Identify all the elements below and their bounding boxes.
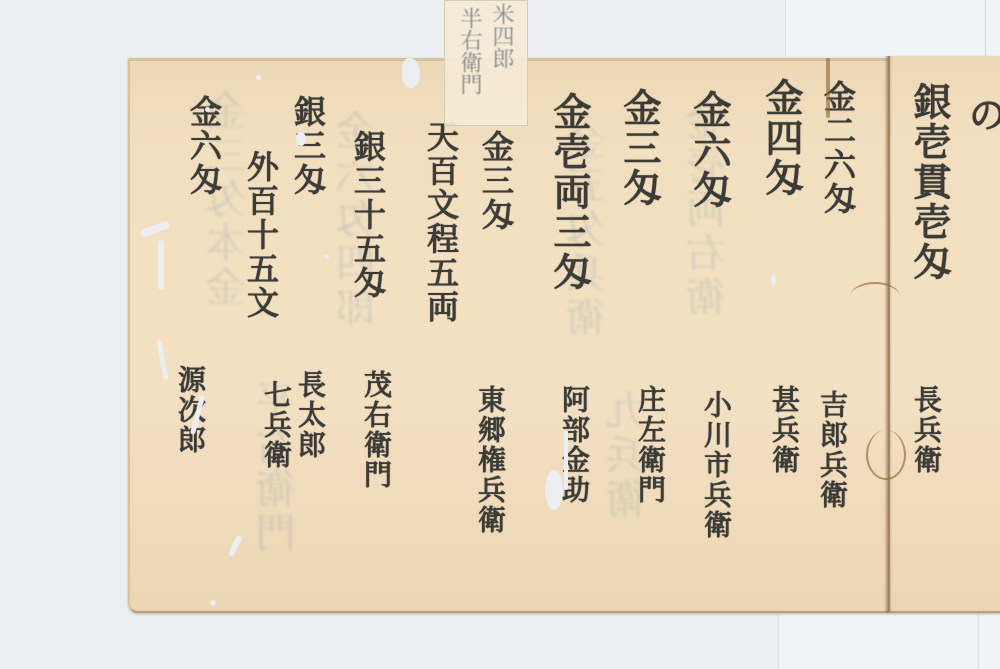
ledger-entry-amount: の [965,95,1000,135]
ledger-entry-amount: 金三匁 [620,88,658,208]
ledger-entry-amount: 金三匁 [480,130,512,232]
ledger-entry-name: 長兵衛 [912,385,940,475]
binding-stain [826,58,830,118]
binding-stain [850,282,900,312]
ledger-entry-name: 庄左衛門 [636,385,664,505]
background-sheet-bottom [778,614,978,669]
wormhole-trail [158,240,164,290]
ledger-entry-name: 小川市兵衛 [702,390,730,540]
ledger-entry-name: 東郷権兵衛 [476,385,504,535]
ledger-entry-name: 七兵衛 [262,380,290,470]
ledger-entry-name: 長太郎 [296,370,324,460]
wormhole [256,75,261,80]
ledger-entry-amount: 銀三匁 [292,95,324,197]
background-sheet-bottom-edge [978,614,1000,669]
ledger-entry-amount: 外百十五文 [245,150,277,320]
tape-label: 米四郎 半右衛門 [444,0,528,126]
ledger-entry-name: 吉郎兵衛 [818,390,846,510]
tape-label-line: 米四郎 [486,3,517,69]
ledger-entry-amount: 金六匁 [188,95,220,197]
ledger-entry-amount: 天百文程五両 [425,120,457,324]
wormhole [325,255,329,259]
ledger-entry-name: 甚兵衛 [770,385,798,475]
wormhole [296,132,306,146]
wormhole-trail [564,430,568,490]
ledger-entry-name: 茂右衛門 [362,370,390,490]
wormhole [205,107,210,112]
book-spine [884,56,892,613]
paper-tear [402,58,420,88]
wormhole [545,470,563,510]
tape-label-line: 半右衛門 [454,7,485,95]
binding-stain [866,430,906,480]
background-sheet-top [785,0,985,56]
ledger-entry-amount: 金壱両三匁 [550,92,588,292]
ledger-entry-amount: 銀三十五匁 [352,130,384,300]
wormhole [210,600,216,606]
ledger-entry-amount: 金四匁 [762,78,800,198]
wormhole [771,275,776,285]
ledger-entry-amount: 金六匁 [690,90,728,210]
background-sheet-top-edge [985,0,1000,56]
ledger-entry-amount: 銀壱貫壱匁 [910,82,948,282]
